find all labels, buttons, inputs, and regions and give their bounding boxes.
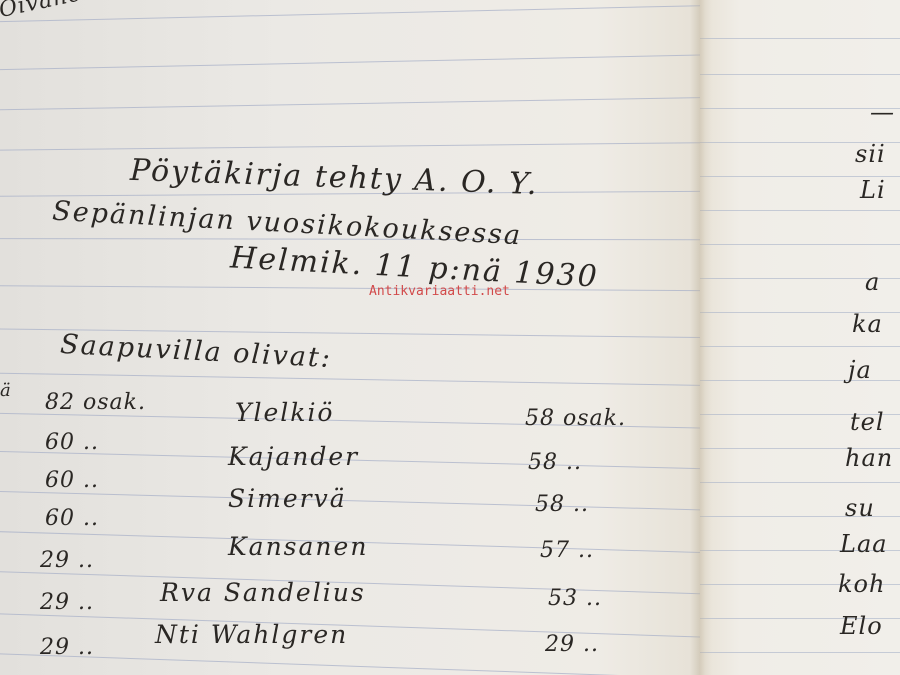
attendee-name: Kajander: [228, 442, 359, 471]
right-fragment: Li: [860, 176, 886, 204]
left-share-count: 29 ..: [40, 635, 94, 660]
ruled-line: [0, 142, 700, 151]
right-fragment: han: [845, 444, 893, 472]
ruled-line: [0, 372, 700, 387]
attendee-name: Kansanen: [228, 532, 368, 561]
watermark: Antikvariaatti.net: [369, 284, 510, 299]
attendee-name: Rva Sandelius: [160, 578, 366, 607]
right-fragment: a: [865, 268, 880, 296]
right-share-count: 58 osak.: [525, 406, 626, 431]
left-share-count: 60 ..: [45, 430, 99, 455]
attendance-heading: Saapuvilla olivat:: [59, 329, 332, 374]
right-share-count: 58 ..: [528, 450, 582, 475]
book-gutter: [690, 0, 712, 675]
right-fragment: Laa: [840, 530, 888, 558]
ruled-line: [0, 490, 700, 512]
left-share-count: 60 ..: [45, 506, 99, 531]
right-fragment: su: [845, 494, 875, 522]
left-share-count: 29 ..: [40, 590, 94, 615]
right-fragment: tel: [850, 408, 885, 436]
right-share-count: 29 ..: [545, 632, 599, 657]
left-share-count: 82 osak.: [45, 390, 146, 415]
ruled-line: [700, 74, 900, 75]
ruled-line: [700, 38, 900, 39]
ruled-line: [0, 4, 700, 23]
ruled-line: [0, 53, 700, 71]
attendee-name: Simervä: [228, 484, 347, 513]
right-fragment: sii: [855, 140, 886, 168]
right-fragment: —: [870, 98, 895, 126]
ruled-line: [0, 96, 700, 111]
margin-fragment: ä: [0, 380, 12, 401]
right-page: — sii Li a ka ja tel han su Laa koh Elo: [700, 0, 900, 675]
ruled-line: [700, 210, 900, 211]
right-fragment: ka: [852, 310, 883, 338]
right-fragment: ja: [848, 356, 872, 384]
left-page: Oivanen Pöytäkirja tehty A. O. Y. Sepänl…: [0, 0, 700, 675]
ruled-line: [700, 652, 900, 653]
ruled-line: [700, 244, 900, 245]
right-share-count: 58 ..: [535, 492, 589, 517]
right-fragment: Elo: [840, 612, 883, 640]
right-share-count: 57 ..: [540, 538, 594, 563]
right-fragment: koh: [838, 570, 885, 598]
ruled-line: [700, 346, 900, 347]
ruled-line: [700, 482, 900, 483]
left-share-count: 29 ..: [40, 548, 94, 573]
attendee-name: Ylelkiö: [235, 398, 335, 427]
left-share-count: 60 ..: [45, 468, 99, 493]
attendee-name: Nti Wahlgren: [155, 620, 348, 649]
right-share-count: 53 ..: [548, 586, 602, 611]
